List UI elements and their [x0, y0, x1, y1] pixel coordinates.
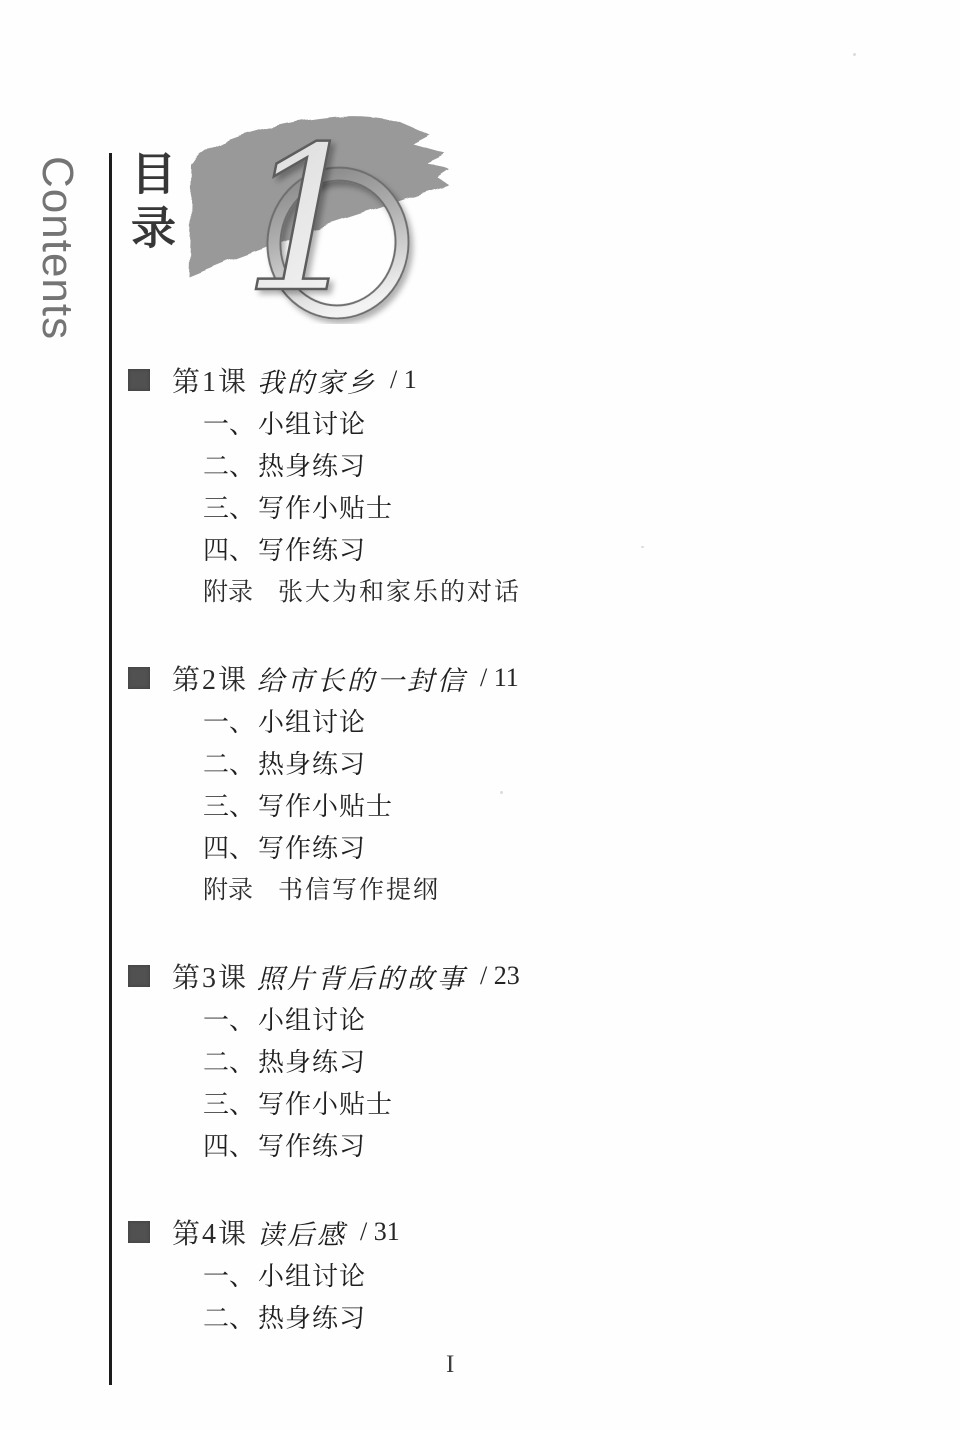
item-number: 二、 [203, 1042, 255, 1079]
appendix-row: 附录 书信写作提纲 [128, 867, 868, 909]
item-number: 三、 [203, 786, 255, 823]
item-number: 三、 [203, 488, 255, 525]
item-label: 小组讨论 [258, 702, 366, 739]
toc-item: 三、 写作小贴士 [128, 783, 868, 825]
lesson-header: 第3课 照片背后的故事 / 23 [128, 955, 868, 997]
appendix-text: 书信写作提纲 [278, 870, 440, 906]
toc-item: 三、 写作小贴士 [128, 485, 868, 527]
item-number: 二、 [203, 446, 255, 483]
vertical-divider-line [109, 153, 112, 1385]
toc-lesson-list: 第1课 我的家乡 / 1 一、 小组讨论 二、 热身练习 三、 写作小贴士 四、… [128, 359, 868, 1383]
item-label: 写作练习 [258, 1126, 366, 1163]
item-number: 二、 [203, 744, 255, 781]
item-number: 一、 [203, 1000, 255, 1037]
toc-title-chinese: 目录 [127, 150, 172, 258]
contents-side-label: Contents [32, 156, 82, 340]
lesson-header: 第2课 给市长的一封信 / 11 [128, 657, 868, 699]
square-bullet-icon [128, 1221, 150, 1243]
item-number: 四、 [203, 530, 255, 567]
scan-speck [500, 791, 503, 794]
lesson-number: 第4课 [172, 1212, 248, 1252]
scan-speck [641, 546, 644, 548]
lesson-title: 读后感 [257, 1213, 347, 1252]
item-label: 小组讨论 [258, 1256, 366, 1293]
toc-item: 二、 热身练习 [128, 1295, 868, 1337]
toc-item: 四、 写作练习 [128, 527, 868, 569]
item-label: 热身练习 [258, 744, 366, 781]
toc-item: 一、 小组讨论 [128, 1253, 868, 1295]
square-bullet-icon [128, 369, 150, 391]
toc-item: 一、 小组讨论 [128, 401, 868, 443]
lesson-page-ref: / 23 [480, 961, 520, 991]
item-label: 写作小贴士 [258, 786, 393, 823]
item-label: 热身练习 [258, 1298, 366, 1335]
digit-one: 1 [242, 106, 369, 324]
lesson-page-ref: / 11 [480, 663, 519, 693]
appendix-row: 附录 张大为和家乐的对话 [128, 569, 868, 611]
appendix-text: 张大为和家乐的对话 [278, 572, 521, 608]
item-number: 一、 [203, 1256, 255, 1293]
toc-item: 二、 热身练习 [128, 741, 868, 783]
item-label: 写作小贴士 [258, 1084, 393, 1121]
square-bullet-icon [128, 667, 150, 689]
toc-item: 二、 热身练习 [128, 443, 868, 485]
lesson-block-1: 第1课 我的家乡 / 1 一、 小组讨论 二、 热身练习 三、 写作小贴士 四、… [128, 359, 868, 611]
page-number: I [446, 1351, 454, 1379]
toc-item: 四、 写作练习 [128, 1123, 868, 1165]
lesson-block-4: 第4课 读后感 / 31 一、 小组讨论 二、 热身练习 [128, 1211, 868, 1337]
lesson-block-2: 第2课 给市长的一封信 / 11 一、 小组讨论 二、 热身练习 三、 写作小贴… [128, 657, 868, 909]
lesson-number: 第1课 [172, 360, 248, 400]
toc-item: 二、 热身练习 [128, 1039, 868, 1081]
item-number: 一、 [203, 702, 255, 739]
toc-item: 四、 写作练习 [128, 825, 868, 867]
scan-speck [853, 53, 856, 56]
item-label: 热身练习 [258, 446, 366, 483]
lesson-title: 照片背后的故事 [257, 957, 467, 996]
toc-item: 三、 写作小贴士 [128, 1081, 868, 1123]
lesson-header: 第1课 我的家乡 / 1 [128, 359, 868, 401]
item-label: 写作练习 [258, 530, 366, 567]
appendix-label: 附录 [203, 572, 253, 608]
toc-item: 一、 小组讨论 [128, 699, 868, 741]
item-label: 小组讨论 [258, 1000, 366, 1037]
lesson-number: 第2课 [172, 658, 248, 698]
item-number: 四、 [203, 828, 255, 865]
lesson-page-ref: / 1 [390, 365, 417, 395]
scanned-toc-page: Contents 目录 1 [0, 0, 960, 1430]
item-number: 一、 [203, 404, 255, 441]
square-bullet-icon [128, 965, 150, 987]
item-number: 二、 [203, 1298, 255, 1335]
item-label: 写作练习 [258, 828, 366, 865]
toc-item: 一、 小组讨论 [128, 997, 868, 1039]
appendix-label: 附录 [203, 870, 253, 906]
lesson-number: 第3课 [172, 956, 248, 996]
item-label: 热身练习 [258, 1042, 366, 1079]
item-label: 写作小贴士 [258, 488, 393, 525]
item-number: 三、 [203, 1084, 255, 1121]
lesson-page-ref: / 31 [360, 1217, 400, 1247]
item-number: 四、 [203, 1126, 255, 1163]
lesson-block-3: 第3课 照片背后的故事 / 23 一、 小组讨论 二、 热身练习 三、 写作小贴… [128, 955, 868, 1165]
unit-10-brush-graphic: 1 [168, 106, 468, 324]
lesson-header: 第4课 读后感 / 31 [128, 1211, 868, 1253]
lesson-title: 我的家乡 [257, 361, 377, 400]
item-label: 小组讨论 [258, 404, 366, 441]
lesson-title: 给市长的一封信 [257, 659, 467, 698]
